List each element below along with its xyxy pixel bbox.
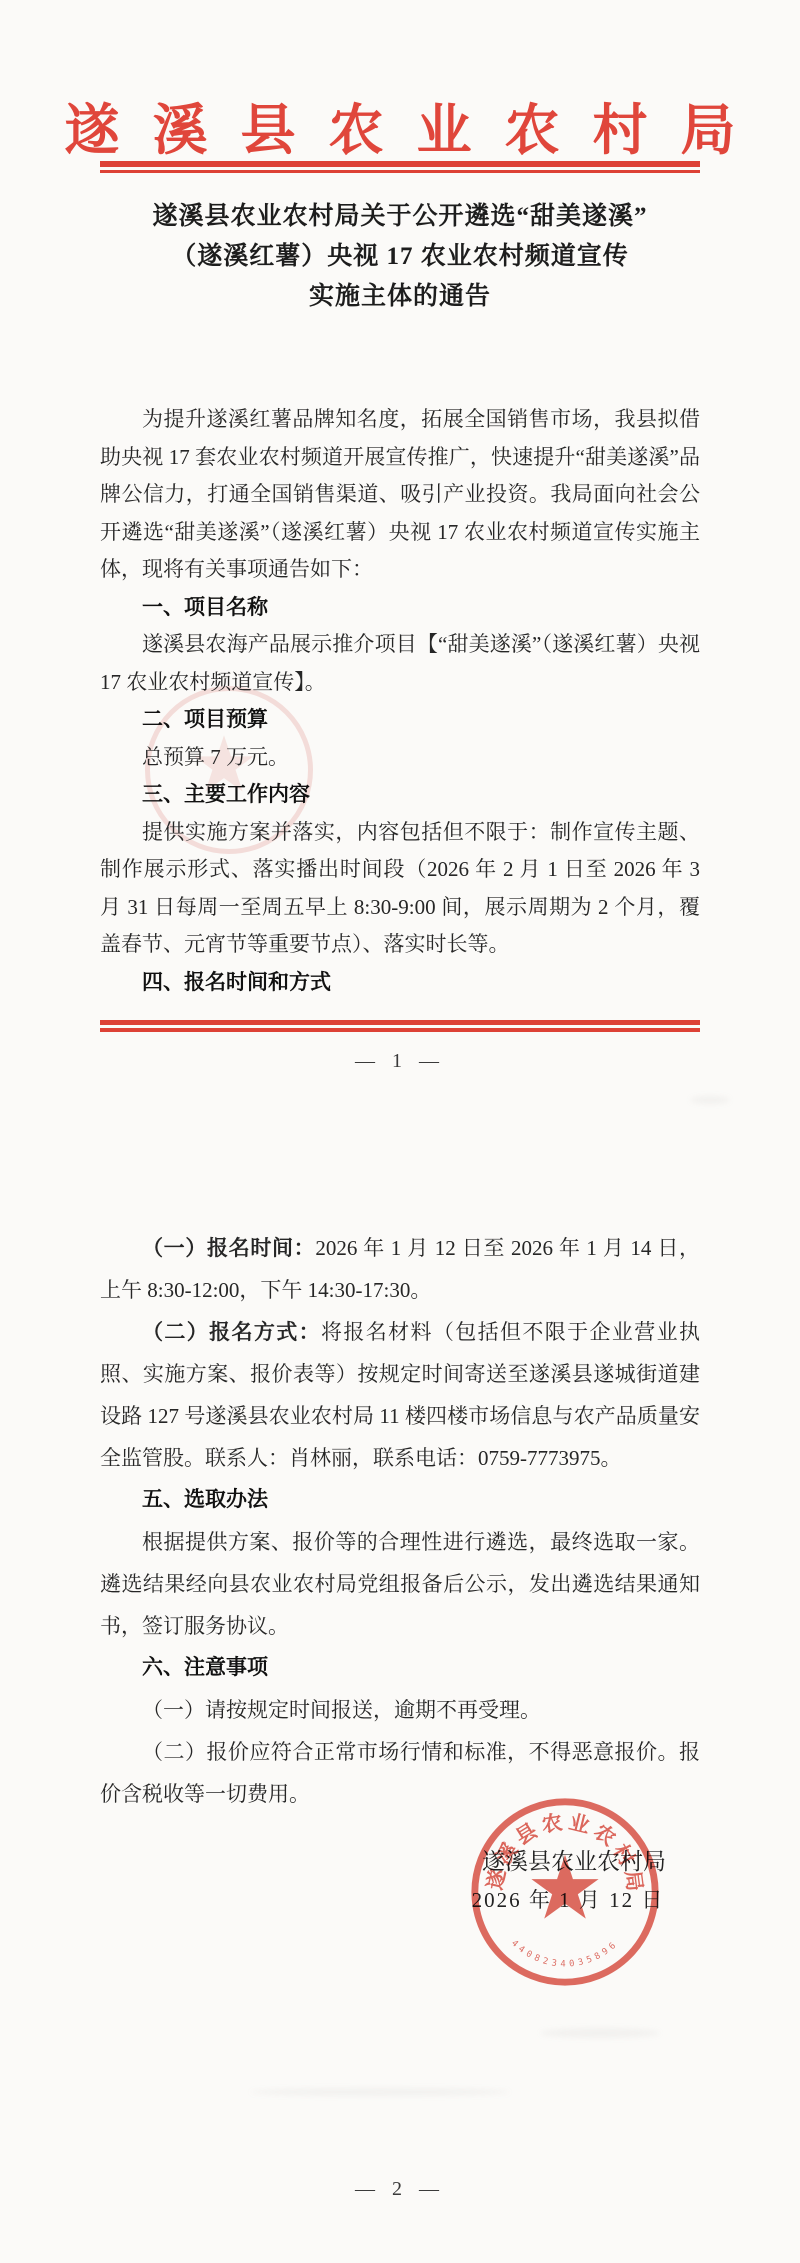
paragraph-budget: 总预算 7 万元。 [100,739,700,777]
scan-smudge [690,1096,730,1104]
paragraph-intro: 为提升遂溪红薯品牌知名度，拓展全国销售市场，我县拟借助央视 17 套农业农村频道… [100,401,700,589]
section-heading-1: 一、项目名称 [100,589,700,627]
paragraph-work-content: 提供实施方案并落实，内容包括但不限于：制作宣传主题、制作展示形式、落实播出时间段… [100,814,700,964]
page2-body: （一）报名时间：2026 年 1 月 12 日至 2026 年 1 月 14 日… [100,1227,700,1815]
section-heading-3: 三、主要工作内容 [100,776,700,814]
page1-number: — 1 — [0,1050,800,1073]
paragraph-signup-method: （二）报名方式：将报名材料（包括但不限于企业营业执照、实施方案、报价表等）按规定… [100,1311,700,1479]
note-1: （一）请按规定时间报送，逾期不再受理。 [100,1689,700,1731]
scan-smudge [540,2028,660,2038]
page2-number: — 2 — [0,2178,800,2201]
document-title-line2: （遂溪红薯）央视 17 农业农村频道宣传 [60,237,740,277]
seal-code: 4408234035896 [509,1938,621,1969]
section-heading-5: 五、选取办法 [100,1479,700,1521]
page1-body: 为提升遂溪红薯品牌知名度，拓展全国销售市场，我县拟借助央视 17 套农业农村频道… [100,401,700,1001]
page1-footer-red-rule [100,1020,700,1032]
signup-time-label: （一）报名时间： [142,1236,315,1260]
document-title: 遂溪县农业农村局关于公开遴选“甜美遂溪” （遂溪红薯）央视 17 农业农村频道宣… [60,197,740,317]
scan-smudge [250,2088,510,2096]
document-title-line3: 实施主体的通告 [60,277,740,317]
signup-method-label: （二）报名方式： [142,1320,321,1344]
section-heading-2: 二、项目预算 [100,701,700,739]
document-title-line1: 遂溪县农业农村局关于公开遴选“甜美遂溪” [60,197,740,237]
scanned-document: 遂溪县农业农村局 遂溪县农业农村局关于公开遴选“甜美遂溪” （遂溪红薯）央视 1… [0,0,800,2263]
star-icon [531,1855,598,1919]
official-seal: 遂溪县农业农村局 4408234035896 [467,1794,663,1990]
paragraph-project-name: 遂溪县农海产品展示推介项目【“甜美遂溪”（遂溪红薯）央视 17 农业农村频道宣传… [100,626,700,701]
section-heading-6: 六、注意事项 [100,1647,700,1689]
letterhead-red-rule [100,161,700,173]
svg-text:4408234035896: 4408234035896 [509,1938,621,1969]
paragraph-signup-time: （一）报名时间：2026 年 1 月 12 日至 2026 年 1 月 14 日… [100,1227,700,1311]
paragraph-selection-method: 根据提供方案、报价等的合理性进行遴选，最终选取一家。遴选结果经向县农业农村局党组… [100,1521,700,1647]
section-heading-4: 四、报名时间和方式 [100,964,700,1002]
letterhead-org-title: 遂溪县农业农村局 [0,86,800,165]
